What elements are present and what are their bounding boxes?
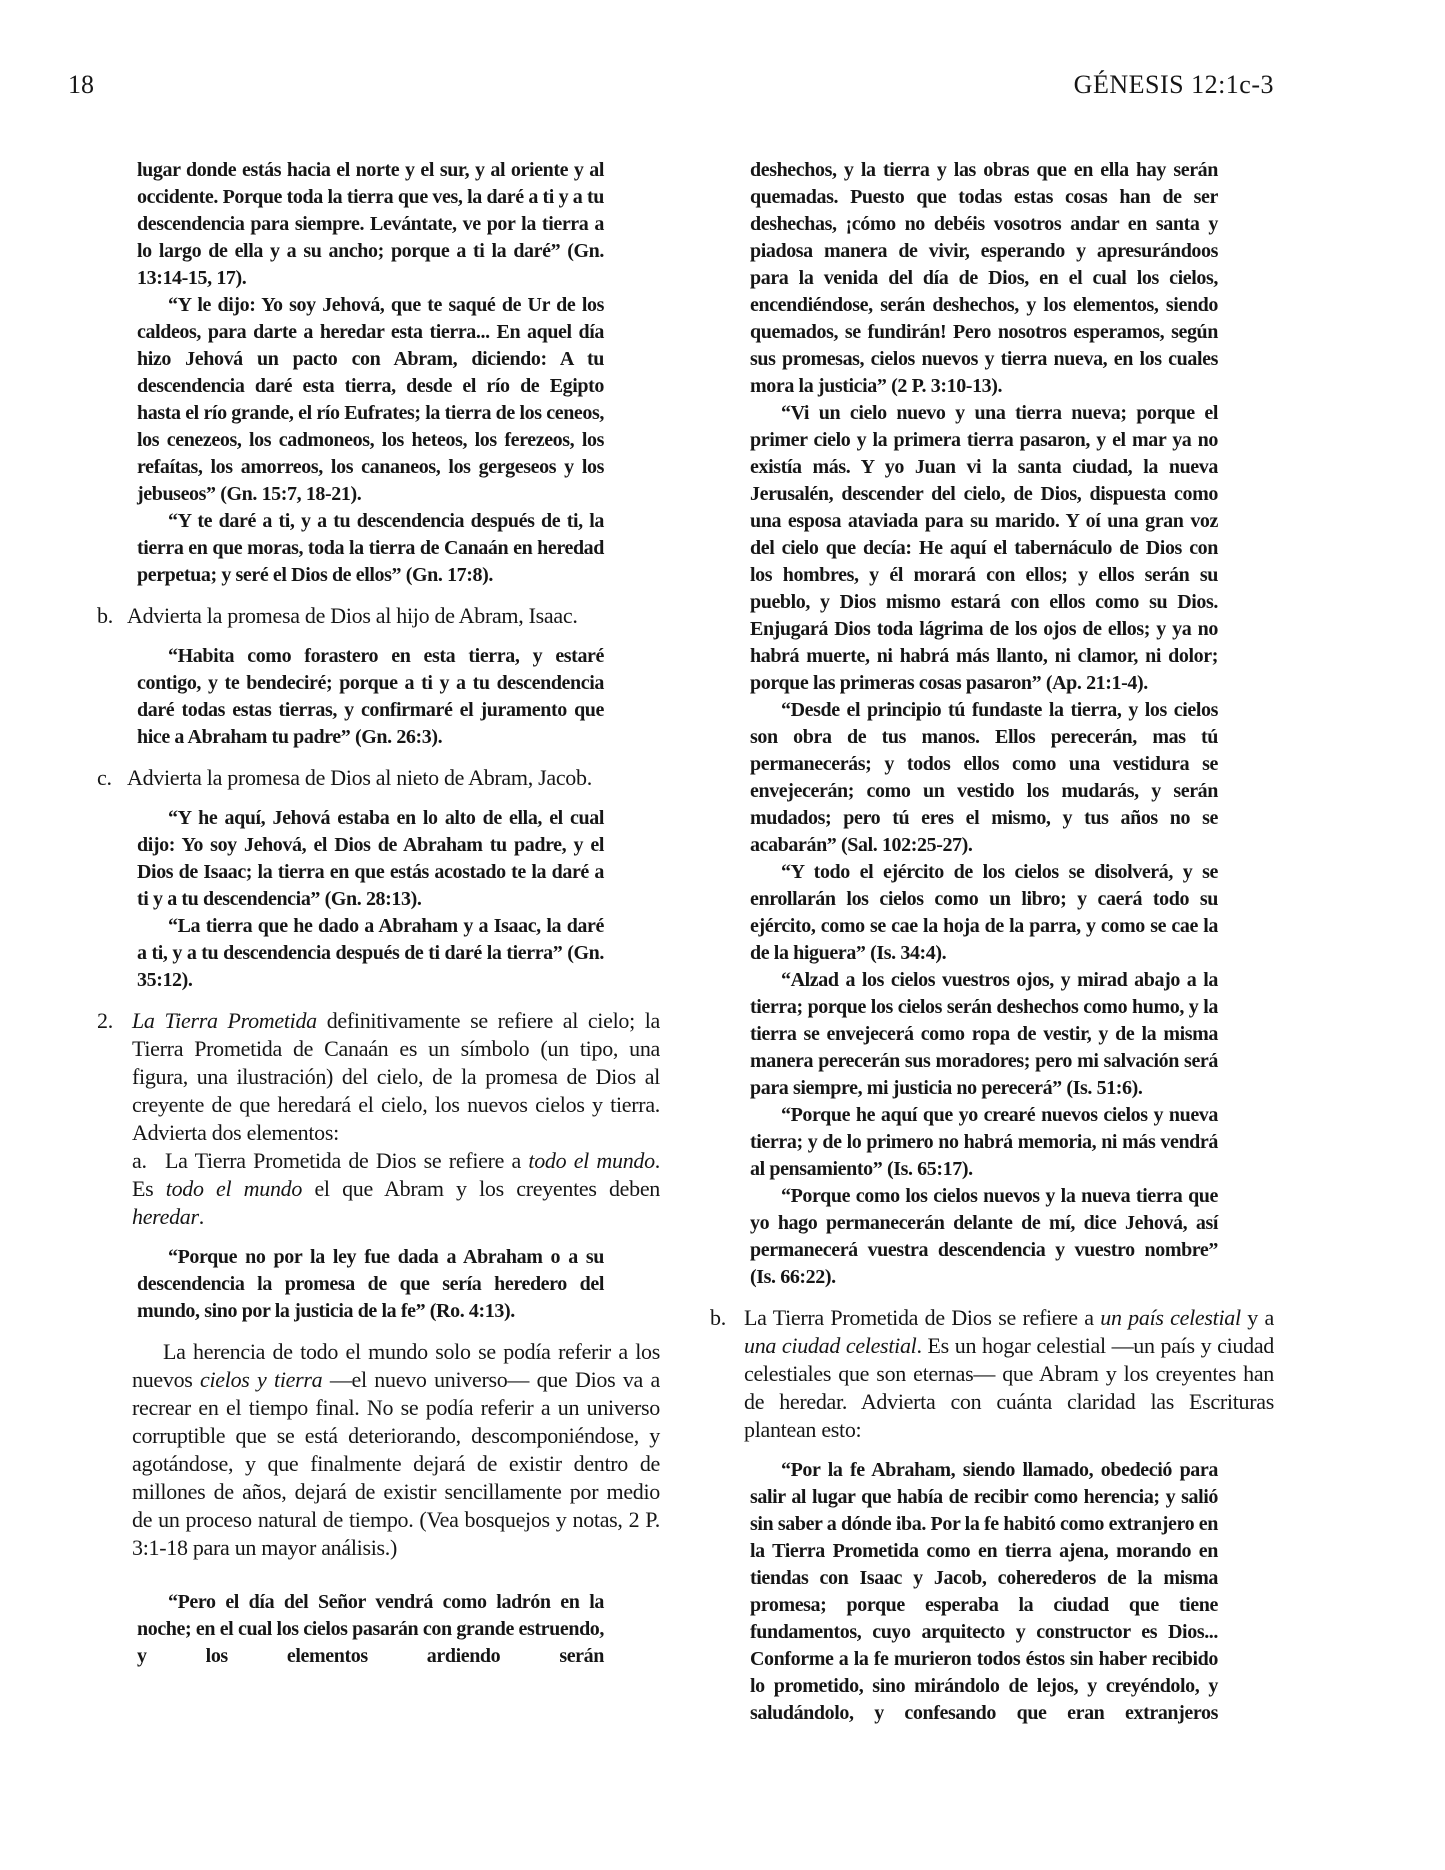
left-column: lugar donde estás hacia el norte y el su…	[97, 157, 660, 1727]
scripture-quote: “Desde el principio tú fundaste la tierr…	[750, 697, 1218, 859]
scripture-quote: “Y le dijo: Yo soy Jehová, que te saqué …	[137, 292, 604, 508]
page-number: 18	[68, 70, 94, 100]
scripture-quote: “Habita como forastero en esta tierra, y…	[137, 643, 604, 751]
page-header: 18 GÉNESIS 12:1c-3	[68, 70, 1274, 100]
text-columns: lugar donde estás hacia el norte y el su…	[97, 157, 1274, 1727]
scripture-quote: deshechos, y la tierra y las obras que e…	[750, 157, 1218, 400]
scripture-quote: “Vi un cielo nuevo y una tierra nueva; p…	[750, 400, 1218, 697]
list-marker: c.	[97, 764, 127, 792]
sub-item-text: La Tierra Prometida de Dios se refiere a…	[132, 1148, 660, 1229]
scripture-quote: “Porque no por la ley fue dada a Abraham…	[137, 1244, 604, 1325]
scripture-quote: lugar donde estás hacia el norte y el su…	[137, 157, 604, 292]
scripture-quote: “Alzad a los cielos vuestros ojos, y mir…	[750, 967, 1218, 1102]
body-paragraph: La herencia de todo el mundo solo se pod…	[132, 1338, 660, 1562]
scripture-quote: “Y he aquí, Jehová estaba en lo alto de …	[137, 805, 604, 913]
scripture-quote: “Y todo el ejército de los cielos se dis…	[750, 859, 1218, 967]
list-item-c: c.Advierta la promesa de Dios al nieto d…	[97, 764, 660, 792]
scripture-quote: “Pero el día del Señor vendrá como ladró…	[137, 1589, 604, 1670]
right-column: deshechos, y la tierra y las obras que e…	[710, 157, 1274, 1727]
list-item-text: La Tierra Prometida de Dios se refiere a…	[744, 1305, 1274, 1442]
running-header: GÉNESIS 12:1c-3	[1074, 70, 1274, 100]
list-marker: b.	[710, 1304, 744, 1332]
list-item-b: b.Advierta la promesa de Dios al hijo de…	[97, 602, 660, 630]
list-item-text: Advierta la promesa de Dios al hijo de A…	[127, 603, 578, 628]
list-item-text: Advierta la promesa de Dios al nieto de …	[127, 765, 592, 790]
numbered-item-text: La Tierra Prometida definitivamente se r…	[132, 1008, 660, 1145]
numbered-item-2: 2.La Tierra Prometida definitivamente se…	[97, 1007, 660, 1147]
scripture-quote: “Por la fe Abraham, siendo llamado, obed…	[750, 1457, 1218, 1727]
scripture-quote: “Y te daré a ti, y a tu descendencia des…	[137, 508, 604, 589]
scripture-quote: “La tierra que he dado a Abraham y a Isa…	[137, 913, 604, 994]
list-marker: b.	[97, 602, 127, 630]
scripture-quote: “Porque he aquí que yo crearé nuevos cie…	[750, 1102, 1218, 1183]
list-marker: a.	[132, 1147, 165, 1175]
list-marker: 2.	[97, 1007, 132, 1035]
list-item-b: b.La Tierra Prometida de Dios se refiere…	[710, 1304, 1274, 1444]
sub-item-a: a.La Tierra Prometida de Dios se refiere…	[132, 1147, 660, 1231]
document-page: 18 GÉNESIS 12:1c-3 lugar donde estás hac…	[0, 0, 1445, 1870]
scripture-quote: “Porque como los cielos nuevos y la nuev…	[750, 1183, 1218, 1291]
